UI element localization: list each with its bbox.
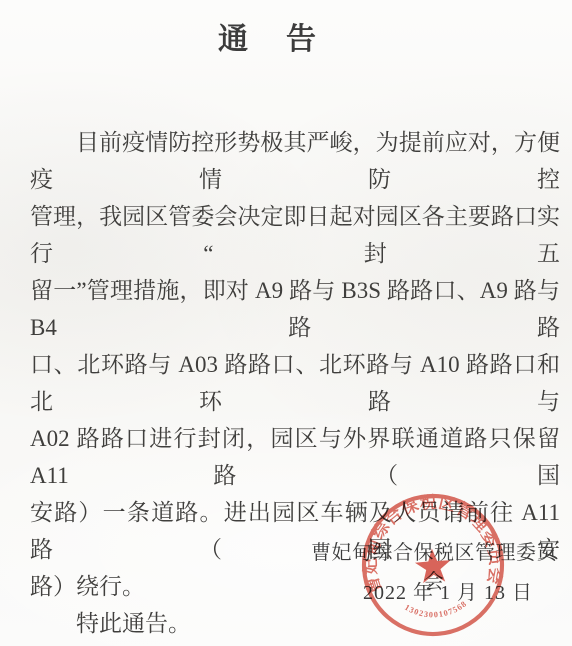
body-line: 特此通告。 xyxy=(30,605,560,642)
body-line: A02 路路口进行封闭，园区与外界联通道路只保留 A11 路（国 xyxy=(30,420,560,494)
notice-document: 通 告 目前疫情防控形势极其严峻，为提前应对，方便疫情防控管理，我园区管委会决定… xyxy=(0,0,572,646)
body-line: 管理，我园区管委会决定即日起对园区各主要路口实行“封五 xyxy=(30,198,560,272)
body-line: 目前疫情防控形势极其严峻，为提前应对，方便疫情防控 xyxy=(30,124,560,198)
notice-title: 通 告 xyxy=(0,14,555,58)
body-line: 口、北环路与 A03 路路口、北环路与 A10 路路口和北环路与 xyxy=(30,346,560,420)
body-line: 留一”管理措施，即对 A9 路与 B3S 路路口、A9 路与 B4 路路 xyxy=(30,272,560,346)
issue-date: 2022 年 1 月 13 日 xyxy=(348,576,548,605)
